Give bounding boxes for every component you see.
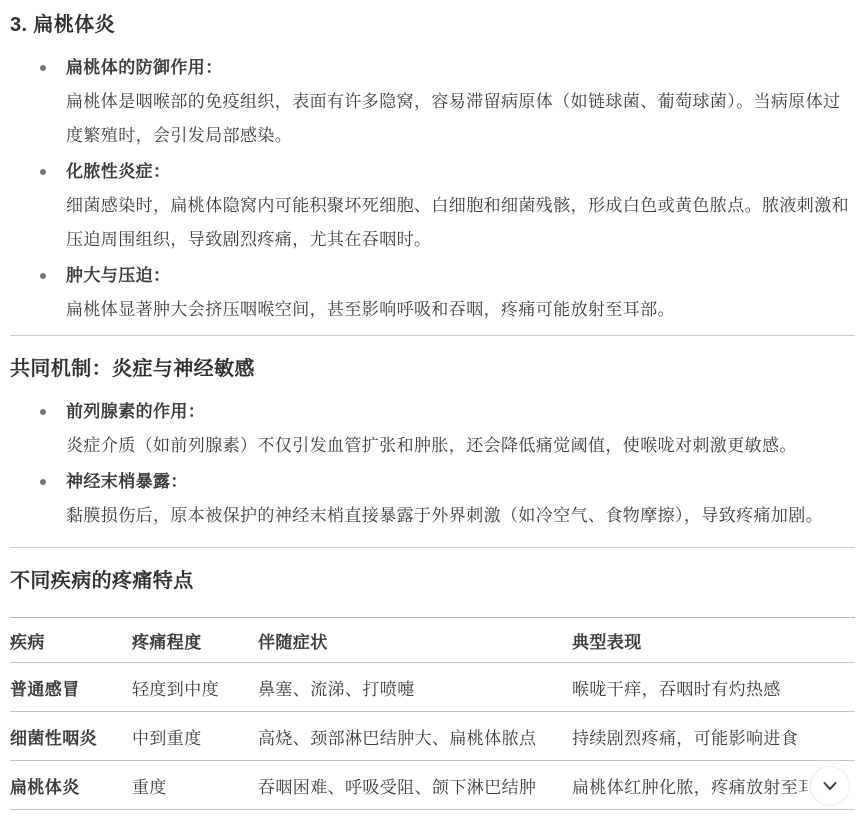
cell-disease: 扁桃体炎 <box>10 761 132 810</box>
section-1-heading: 3. 扁桃体炎 <box>10 12 855 38</box>
list-item: 肿大与压迫： 扁桃体显著肿大会挤压咽喉空间，甚至影响呼吸和吞咽，疼痛可能放射至耳… <box>66 259 855 327</box>
bullet-label: 前列腺素的作用： <box>66 395 855 429</box>
cell-symptoms: 鼻塞、流涕、打喷嚏 <box>258 663 572 712</box>
column-header-disease: 疾病 <box>10 618 132 663</box>
section-divider <box>10 547 855 548</box>
table-row: 扁桃体炎 重度 吞咽困难、呼吸受阻、颌下淋巴结肿 扁桃体红肿化脓，疼痛放射至耳 <box>10 761 855 810</box>
disease-comparison-table: 疾病 疼痛程度 伴随症状 典型表现 普通感冒 轻度到中度 鼻塞、流涕、打喷嚏 喉… <box>10 617 855 810</box>
bullet-text: 扁桃体显著肿大会挤压咽喉空间，甚至影响呼吸和吞咽，疼痛可能放射至耳部。 <box>66 293 855 327</box>
table-row: 普通感冒 轻度到中度 鼻塞、流涕、打喷嚏 喉咙干痒，吞咽时有灼热感 <box>10 663 855 712</box>
column-header-symptoms: 伴随症状 <box>258 618 572 663</box>
bullet-text: 黏膜损伤后，原本被保护的神经末梢直接暴露于外界刺激（如冷空气、食物摩擦），导致疼… <box>66 499 855 533</box>
list-item: 前列腺素的作用： 炎症介质（如前列腺素）不仅引发血管扩张和肿胀，还会降低痛觉阈值… <box>66 395 855 463</box>
list-item: 扁桃体的防御作用： 扁桃体是咽喉部的免疫组织，表面有许多隐窝，容易滞留病原体（如… <box>66 51 855 153</box>
cell-disease: 细菌性咽炎 <box>10 712 132 761</box>
bullet-text: 细菌感染时，扁桃体隐窝内可能积聚坏死细胞、白细胞和细菌残骸，形成白色或黄色脓点。… <box>66 189 855 257</box>
section-1-bullet-list: 扁桃体的防御作用： 扁桃体是咽喉部的免疫组织，表面有许多隐窝，容易滞留病原体（如… <box>10 51 855 327</box>
column-header-presentation: 典型表现 <box>572 618 855 663</box>
section-divider <box>10 335 855 336</box>
bullet-text: 扁桃体是咽喉部的免疫组织，表面有许多隐窝，容易滞留病原体（如链球菌、葡萄球菌）。… <box>66 85 855 153</box>
bullet-icon <box>40 409 46 415</box>
bullet-icon <box>40 65 46 71</box>
bullet-icon <box>40 169 46 175</box>
scroll-to-bottom-button[interactable] <box>810 766 850 806</box>
bullet-text: 炎症介质（如前列腺素）不仅引发血管扩张和肿胀，还会降低痛觉阈值，使喉咙对刺激更敏… <box>66 429 855 463</box>
bullet-label: 神经末梢暴露： <box>66 465 855 499</box>
cell-severity: 中到重度 <box>132 712 258 761</box>
cell-severity: 轻度到中度 <box>132 663 258 712</box>
section-2-bullet-list: 前列腺素的作用： 炎症介质（如前列腺素）不仅引发血管扩张和肿胀，还会降低痛觉阈值… <box>10 395 855 533</box>
bullet-icon <box>40 273 46 279</box>
cell-symptoms: 高烧、颈部淋巴结肿大、扁桃体脓点 <box>258 712 572 761</box>
list-item: 神经末梢暴露： 黏膜损伤后，原本被保护的神经末梢直接暴露于外界刺激（如冷空气、食… <box>66 465 855 533</box>
table-row: 细菌性咽炎 中到重度 高烧、颈部淋巴结肿大、扁桃体脓点 持续剧烈疼痛，可能影响进… <box>10 712 855 761</box>
section-2-heading: 共同机制：炎症与神经敏感 <box>10 356 855 382</box>
list-item: 化脓性炎症： 细菌感染时，扁桃体隐窝内可能积聚坏死细胞、白细胞和细菌残骸，形成白… <box>66 155 855 257</box>
bullet-icon <box>40 479 46 485</box>
cell-presentation: 持续剧烈疼痛，可能影响进食 <box>572 712 855 761</box>
document-body: 3. 扁桃体炎 扁桃体的防御作用： 扁桃体是咽喉部的免疫组织，表面有许多隐窝，容… <box>0 0 865 810</box>
cell-symptoms: 吞咽困难、呼吸受阻、颌下淋巴结肿 <box>258 761 572 810</box>
bullet-label: 肿大与压迫： <box>66 259 855 293</box>
table-header-row: 疾病 疼痛程度 伴随症状 典型表现 <box>10 618 855 663</box>
cell-severity: 重度 <box>132 761 258 810</box>
cell-presentation: 喉咙干痒，吞咽时有灼热感 <box>572 663 855 712</box>
section-3-heading: 不同疾病的疼痛特点 <box>10 568 855 594</box>
cell-disease: 普通感冒 <box>10 663 132 712</box>
column-header-severity: 疼痛程度 <box>132 618 258 663</box>
bullet-label: 扁桃体的防御作用： <box>66 51 855 85</box>
chevron-down-icon <box>822 778 838 794</box>
bullet-label: 化脓性炎症： <box>66 155 855 189</box>
